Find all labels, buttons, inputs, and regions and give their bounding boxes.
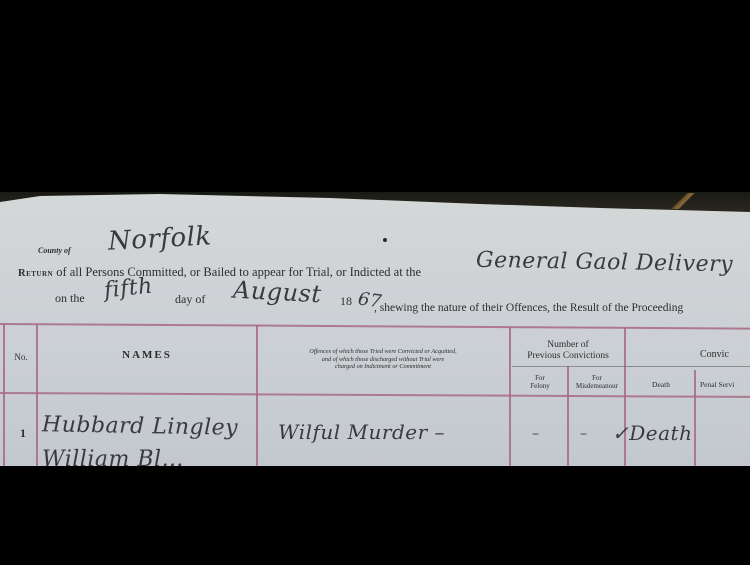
header-for-misd-line1: For [568, 374, 626, 382]
header-offences: Offences of which those Tried were Convi… [258, 348, 508, 371]
bookmark-ribbon [668, 193, 698, 209]
offence-column-rule [509, 327, 511, 466]
header-penal-servitude: Penal Servi [700, 380, 734, 389]
header-offences-line2: and of which those discharged without Tr… [258, 356, 508, 364]
header-offences-line3: charged on Indictment or Commitment [258, 363, 508, 371]
header-for-misd-line2: Misdemeanour [568, 382, 626, 390]
day-of-label: day of [175, 292, 205, 307]
day-value: fifth [103, 274, 154, 304]
month-value: August [232, 276, 322, 309]
row-1-prev-misdemeanour: – [580, 426, 588, 442]
row-2-offence: … [280, 452, 299, 466]
header-offences-line1: Offences of which those Tried were Convi… [258, 348, 508, 356]
header-for-felony-line1: For [514, 374, 566, 382]
previous-column-rule [624, 328, 626, 466]
year-prefix: 18 [340, 294, 352, 309]
header-previous-line2: Previous Convictions [512, 351, 624, 362]
subheader-rule [512, 366, 750, 367]
row-1-name: Hubbard Lingley [42, 412, 239, 440]
row-1-prev-felony: – [532, 426, 540, 442]
shewing-text: , shewing the nature of their Offences, … [374, 302, 683, 314]
photo-stage: County of Norfolk Return of all Persons … [0, 0, 750, 565]
county-value: Norfolk [107, 221, 212, 256]
header-bottom-rule [0, 392, 750, 398]
header-convicted: Convic [700, 349, 729, 360]
header-for-misdemeanour: For Misdemeanour [568, 374, 626, 390]
row-1-number: 1 [20, 426, 26, 441]
row-2-name: William Bl… [42, 447, 184, 466]
row-1-death-sentence: ✓Death [612, 421, 692, 445]
left-border-rule [3, 324, 5, 466]
county-label: County of [38, 246, 71, 255]
no-column-rule [36, 324, 38, 466]
register-page: County of Norfolk Return of all Persons … [0, 194, 750, 466]
ink-dot [383, 238, 387, 242]
court-value: General Gaol Delivery [476, 248, 733, 277]
death-column-rule [694, 370, 696, 466]
header-for-felony: For Felony [514, 374, 566, 390]
header-previous-convictions: Number of Previous Convictions [512, 340, 624, 362]
row-1-offence: Wilful Murder – [278, 420, 445, 444]
on-the-label: on the [55, 291, 85, 306]
return-heading: Return of all Persons Committed, or Bail… [18, 265, 421, 280]
header-death: Death [628, 380, 694, 389]
dark-background [0, 0, 750, 200]
names-column-rule [256, 325, 258, 466]
table-top-rule [0, 323, 750, 330]
header-no: No. [6, 352, 36, 362]
header-for-felony-line2: Felony [514, 382, 566, 390]
return-smallcaps: Return [18, 268, 53, 279]
header-names: NAMES [38, 349, 256, 361]
header-previous-line1: Number of [512, 340, 624, 351]
